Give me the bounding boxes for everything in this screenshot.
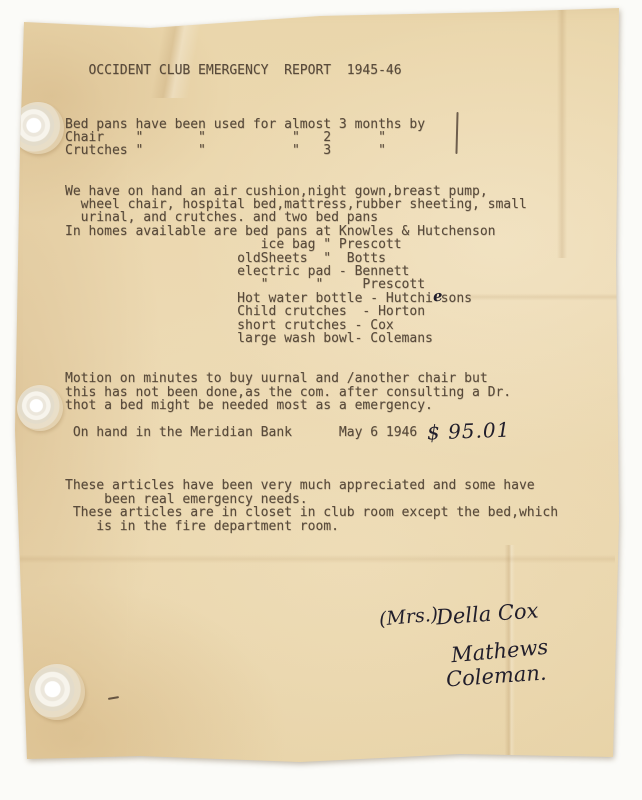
- punch-hole-middle: [17, 385, 63, 431]
- typed-line: [65, 104, 625, 117]
- typed-line: [65, 345, 625, 358]
- typed-line-electric-pad: electric pad - Bennett: [65, 265, 625, 278]
- typed-line: [65, 466, 625, 479]
- typed-line: [65, 91, 625, 104]
- typed-line: this has not been done,as the com. after…: [65, 386, 625, 399]
- paper-crease: [20, 548, 615, 570]
- typed-line: [65, 158, 625, 171]
- typed-line: urinal, and crutches. and two bed pans: [65, 211, 625, 224]
- typed-line-motion: Motion on minutes to buy uurnal and /ano…: [65, 372, 625, 385]
- typed-line: [65, 453, 625, 466]
- typed-line-old-sheets: oldSheets " Botts: [65, 252, 625, 265]
- typed-line: thot a bed might be needed most as a eme…: [65, 399, 625, 412]
- typed-line: is in the fire department room.: [65, 520, 625, 533]
- punch-hole-bottom: [29, 664, 85, 720]
- typed-line-hot-water-bottle: Hot water bottle - Hutchi sons: [65, 292, 625, 305]
- report-title: OCCIDENT CLUB EMERGENCY REPORT 1945-46: [65, 64, 625, 77]
- handwritten-correction-letter: e: [432, 287, 443, 306]
- handwritten-signature-prefix: (Mrs.): [378, 603, 439, 630]
- typed-line-ice-bag: ice bag " Prescott: [65, 238, 625, 251]
- scanned-document-background: OCCIDENT CLUB EMERGENCY REPORT 1945-46 B…: [0, 0, 642, 800]
- typed-line-ditto-prescott: " " Prescott: [65, 278, 625, 291]
- typed-line: [65, 77, 625, 90]
- typed-line-crutches: Crutches " " " 3 ": [65, 144, 625, 157]
- typed-line: wheel chair, hospital bed,mattress,rubbe…: [65, 198, 625, 211]
- typed-line-on-hand-items: We have on hand an air cushion,night gow…: [65, 185, 625, 198]
- typed-line-bed-pans: Bed pans have been used for almost 3 mon…: [65, 118, 625, 131]
- handwritten-signature: Della Cox: [435, 598, 539, 629]
- ink-smudge: [108, 696, 119, 700]
- typed-line-short-crutches: short crutches - Cox: [65, 319, 625, 332]
- typed-line: [65, 412, 625, 425]
- handwritten-bank-amount: $ 95.01: [427, 418, 511, 445]
- typed-line: [65, 171, 625, 184]
- typed-line-homes-available: In homes available are bed pans at Knowl…: [65, 225, 625, 238]
- paper-document: OCCIDENT CLUB EMERGENCY REPORT 1945-46 B…: [0, 0, 642, 800]
- typed-line: [65, 439, 625, 452]
- typed-line: been real emergency needs.: [65, 493, 625, 506]
- typed-line-appreciated: These articles have been very much appre…: [65, 479, 625, 492]
- typed-line-chair: Chair " " " 2 ": [65, 131, 625, 144]
- typed-line-wash-bowl: large wash bowl- Colemans: [65, 332, 625, 345]
- paper-shadow-wrapper: OCCIDENT CLUB EMERGENCY REPORT 1945-46 B…: [0, 0, 642, 800]
- typed-line: [65, 359, 625, 372]
- typed-text-block: OCCIDENT CLUB EMERGENCY REPORT 1945-46 B…: [65, 64, 625, 533]
- typed-line-child-crutches: Child crutches - Horton: [65, 305, 625, 318]
- punch-hole-top: [12, 102, 64, 154]
- typed-line-bank-balance: On hand in the Meridian Bank May 6 1946: [65, 426, 625, 439]
- typed-line-closet: These articles are in closet in club roo…: [65, 506, 625, 519]
